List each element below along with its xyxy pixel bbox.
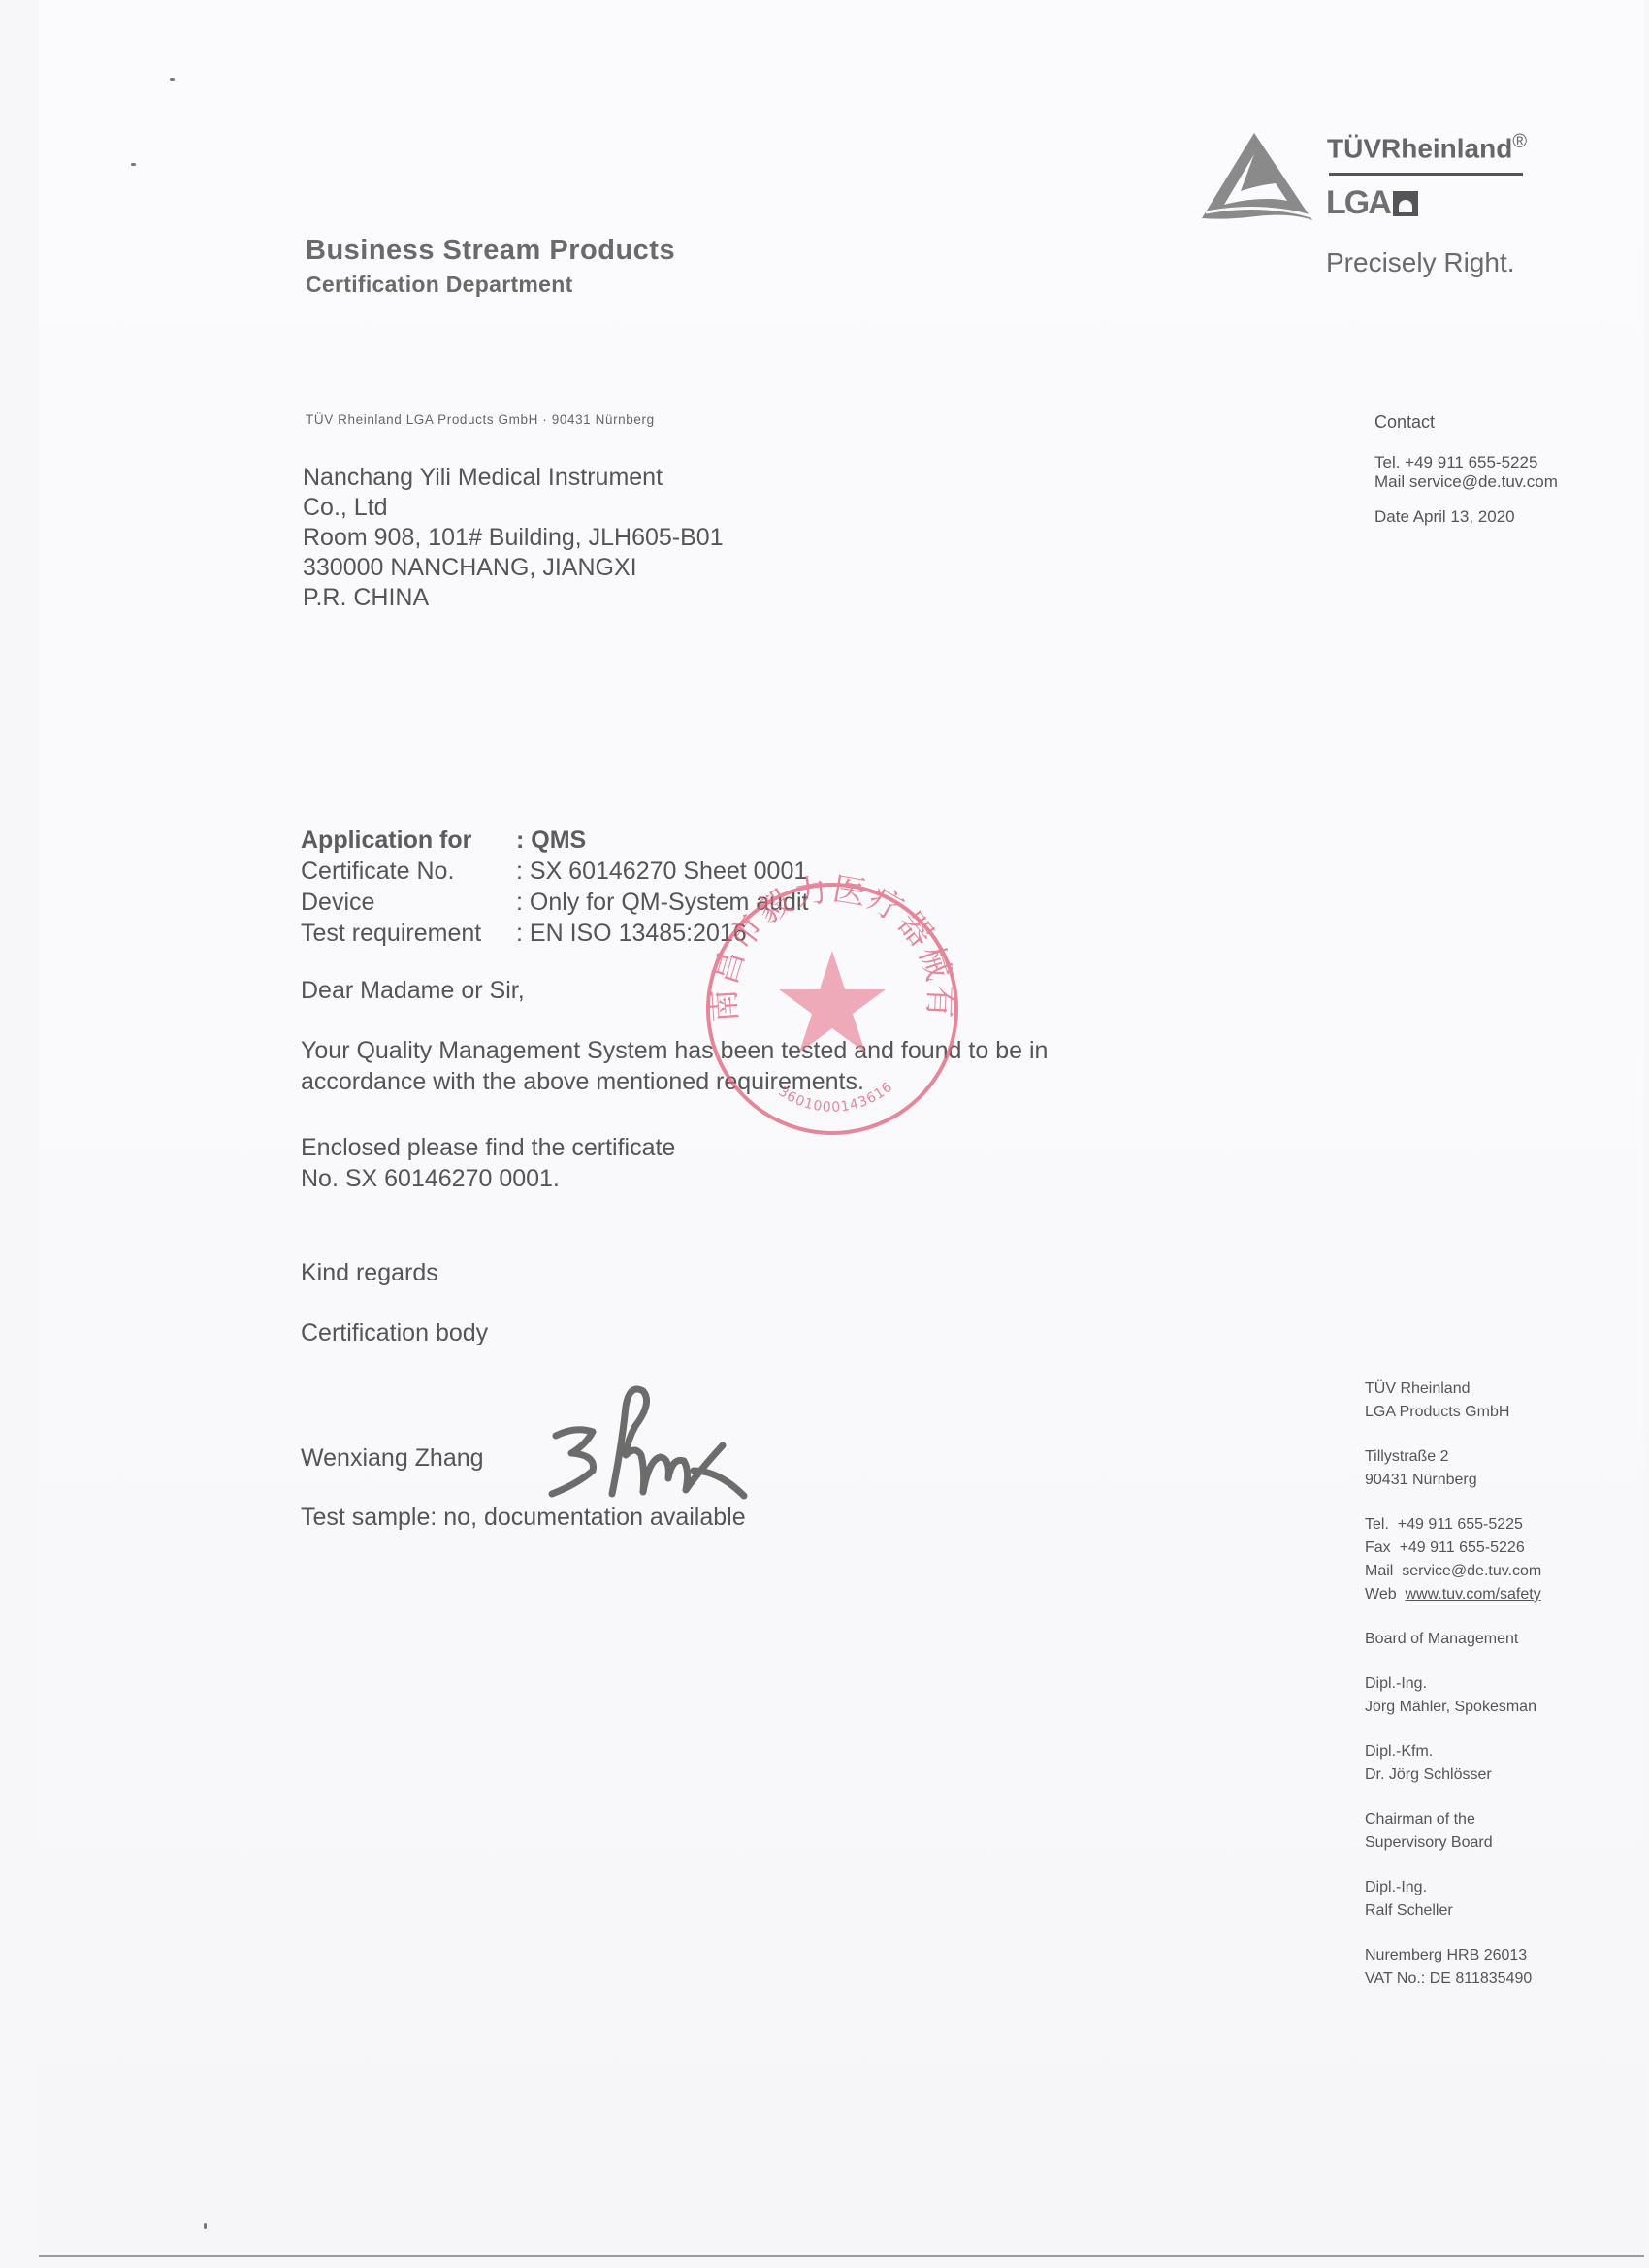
letter-date: Date April 13, 2020 [1374,507,1558,527]
detail-row: Certificate No. : SX 60146270 Sheet 0001 [301,856,808,887]
footer-line: Tillystraße 2 [1365,1445,1541,1469]
address-line: P.R. CHINA [303,583,724,613]
footer-board-label: Board of Management [1365,1628,1541,1651]
web-label: Web [1365,1586,1406,1603]
footer-line: Dipl.-Kfm. [1365,1740,1541,1764]
paragraph-line: Your Quality Management System has been … [301,1035,1048,1066]
footer-web: Web www.tuv.com/safety [1365,1583,1541,1606]
address-line: Nanchang Yili Medical Instrument [303,463,724,493]
footer-chair-label: Chairman of the Supervisory Board [1365,1808,1541,1855]
detail-value: : SX 60146270 Sheet 0001 [516,856,808,887]
footer-fax: Fax +49 911 655-5226 [1365,1537,1541,1560]
footer-board-member: Dipl.-Ing. Jörg Mähler, Spokesman [1365,1672,1541,1719]
detail-key: Certificate No. [301,856,516,887]
footer-registry: Nuremberg HRB 26013 VAT No.: DE 81183549… [1365,1944,1541,1991]
brand-divider [1329,173,1523,176]
detail-value: : QMS [516,825,808,856]
closing: Kind regards [301,1257,438,1288]
paragraph-enclosure: Enclosed please find the certificate No.… [301,1132,675,1194]
sender-return-address: TÜV Rheinland LGA Products GmbH · 90431 … [306,412,655,427]
footer-line: TÜV Rheinland [1365,1377,1541,1401]
footer-line: Nuremberg HRB 26013 [1365,1944,1541,1967]
brand-name: TÜVRheinland® [1327,131,1527,164]
scan-speck [170,78,175,81]
brand-tagline: Precisely Right. [1326,247,1515,278]
detail-row: Application for : QMS [301,825,808,856]
address-line: Co., Ltd [303,493,724,523]
paragraph-line: accordance with the above mentioned requ… [301,1066,1048,1097]
certification-body: Certification body [301,1317,488,1348]
contact-tel: Tel. +49 911 655-5225 [1374,453,1558,472]
footer-line: Dipl.-Ing. [1365,1672,1541,1696]
address-line: 330000 NANCHANG, JIANGXI [303,553,724,583]
paragraph-result: Your Quality Management System has been … [301,1035,1048,1097]
recipient-address: Nanchang Yili Medical Instrument Co., Lt… [303,463,724,613]
web-link[interactable]: www.tuv.com/safety [1406,1586,1541,1603]
footer-contact: Tel. +49 911 655-5225 Fax +49 911 655-52… [1365,1513,1541,1606]
scan-speck [204,2223,207,2229]
footer-line: Ralf Scheller [1365,1899,1541,1923]
signatory-name: Wenxiang Zhang [301,1442,484,1474]
department-title: Business Stream Products [306,235,675,267]
address-line: Room 908, 101# Building, JLH605-B01 [303,523,724,553]
handwritten-signature-icon [529,1377,791,1518]
department-subtitle: Certification Department [306,272,573,298]
lga-box-icon [1393,191,1418,216]
footer-company: TÜV Rheinland LGA Products GmbH [1365,1377,1541,1424]
footer-mail: Mail service@de.tuv.com [1365,1560,1541,1583]
footer-street: Tillystraße 2 90431 Nürnberg [1365,1445,1541,1492]
contact-label: Contact [1374,412,1558,432]
lga-logo: LGA [1326,184,1418,222]
paragraph-line: No. SX 60146270 0001. [301,1163,675,1194]
contact-block: Contact Tel. +49 911 655-5225 Mail servi… [1374,412,1558,527]
scan-speck [131,163,136,166]
detail-key: Device [301,887,516,918]
detail-value: : EN ISO 13485:2016 [516,918,808,949]
footer-line: LGA Products GmbH [1365,1401,1541,1424]
detail-key: Application for [301,825,516,856]
application-details: Application for : QMS Certificate No. : … [301,825,808,949]
footer-line: Jörg Mähler, Spokesman [1365,1696,1541,1719]
paragraph-line: Enclosed please find the certificate [301,1132,675,1163]
footer-board-member: Dipl.-Kfm. Dr. Jörg Schlösser [1365,1740,1541,1787]
footer-line: 90431 Nürnberg [1365,1469,1541,1492]
footer-line: Supervisory Board [1365,1831,1541,1855]
detail-key: Test requirement [301,918,516,949]
letter-page: Business Stream Products Certification D… [39,0,1644,2257]
footer-line: Dr. Jörg Schlösser [1365,1764,1541,1787]
contact-mail: Mail service@de.tuv.com [1374,472,1558,492]
tuv-triangle-logo-icon [1198,131,1314,223]
footer-line: VAT No.: DE 811835490 [1365,1967,1541,1991]
footer-line: Dipl.-Ing. [1365,1876,1541,1899]
detail-row: Device : Only for QM-System audit [301,887,808,918]
salutation: Dear Madame or Sir, [301,975,525,1006]
company-footer: TÜV Rheinland LGA Products GmbH Tillystr… [1365,1377,1541,2012]
footer-chair: Dipl.-Ing. Ralf Scheller [1365,1876,1541,1923]
footer-line: Chairman of the [1365,1808,1541,1831]
footer-tel: Tel. +49 911 655-5225 [1365,1513,1541,1537]
detail-value: : Only for QM-System audit [516,887,808,918]
detail-row: Test requirement : EN ISO 13485:2016 [301,918,808,949]
